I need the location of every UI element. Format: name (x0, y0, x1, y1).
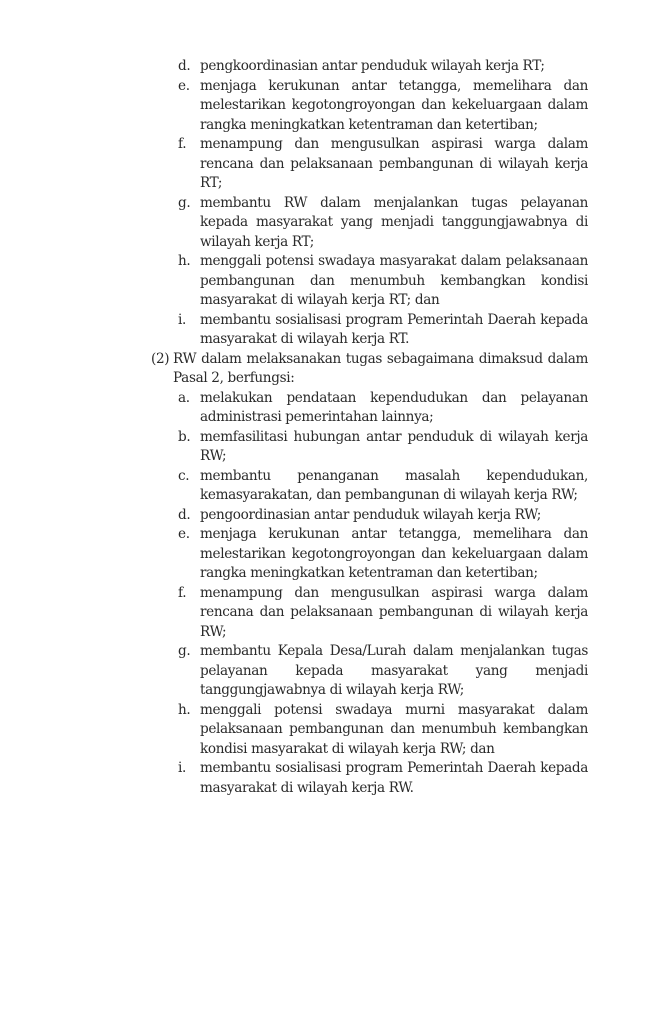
list-label: e. (178, 525, 200, 545)
paragraph-text: RW dalam melaksanakan tugas sebagaimana … (173, 351, 588, 387)
list-text: menampung dan mengusulkan aspirasi warga… (200, 585, 588, 640)
list-text: menjaga kerukunan antar tetangga, memeli… (200, 526, 588, 581)
list-text: membantu Kepala Desa/Lurah dalam menjala… (200, 643, 588, 698)
list-item-rt-e: e. menjaga kerukunan antar tetangga, mem… (200, 77, 588, 136)
list-item-rt-f: f. menampung dan mengusulkan aspirasi wa… (200, 135, 588, 194)
list-item-rt-i: i. membantu sosialisasi program Pemerint… (200, 311, 588, 350)
paragraph-number: (2) (151, 350, 169, 370)
list-text: membantu penanganan masalah kependudukan… (200, 468, 588, 504)
list-label: a. (178, 389, 200, 409)
paragraph-2: (2) RW dalam melaksanakan tugas sebagaim… (173, 350, 588, 389)
list-text: menggali potensi swadaya masyarakat dala… (200, 253, 588, 308)
list-text: menampung dan mengusulkan aspirasi warga… (200, 136, 588, 191)
list-item-rw-a: a. melakukan pendataan kependudukan dan … (200, 389, 588, 428)
list-item-rw-i: i. membantu sosialisasi program Pemerint… (200, 759, 588, 798)
list-label: h. (178, 701, 200, 721)
list-item-rw-b: b. memfasilitasi hubungan antar penduduk… (200, 428, 588, 467)
list-item-rw-d: d. pengoordinasian antar penduduk wilaya… (200, 506, 588, 526)
list-item-rw-h: h. menggali potensi swadaya murni masyar… (200, 701, 588, 760)
list-label: e. (178, 77, 200, 97)
rt-function-list: d. pengkoordinasian antar penduduk wilay… (0, 57, 655, 350)
list-text: membantu RW dalam menjalankan tugas pela… (200, 195, 588, 250)
list-label: i. (178, 311, 200, 331)
list-item-rw-c: c. membantu penanganan masalah kependudu… (200, 467, 588, 506)
list-label: c. (178, 467, 200, 487)
list-label: i. (178, 759, 200, 779)
list-item-rt-d: d. pengkoordinasian antar penduduk wilay… (200, 57, 588, 77)
document-page: d. pengkoordinasian antar penduduk wilay… (0, 57, 655, 798)
list-label: f. (178, 584, 200, 604)
list-label: f. (178, 135, 200, 155)
list-label: g. (178, 642, 200, 662)
list-label: d. (178, 57, 200, 77)
list-item-rw-g: g. membantu Kepala Desa/Lurah dalam menj… (200, 642, 588, 701)
list-item-rt-h: h. menggali potensi swadaya masyarakat d… (200, 252, 588, 311)
list-label: b. (178, 428, 200, 448)
list-label: g. (178, 194, 200, 214)
list-text: melakukan pendataan kependudukan dan pel… (200, 390, 588, 426)
list-label: h. (178, 252, 200, 272)
list-text: menjaga kerukunan antar tetangga, memeli… (200, 78, 588, 133)
rw-function-list: a. melakukan pendataan kependudukan dan … (0, 389, 655, 799)
list-text: membantu sosialisasi program Pemerintah … (200, 760, 588, 796)
list-item-rt-g: g. membantu RW dalam menjalankan tugas p… (200, 194, 588, 253)
list-item-rw-f: f. menampung dan mengusulkan aspirasi wa… (200, 584, 588, 643)
list-label: d. (178, 506, 200, 526)
list-text: menggali potensi swadaya murni masyaraka… (200, 702, 588, 757)
list-text: memfasilitasi hubungan antar penduduk di… (200, 429, 588, 465)
list-text: pengoordinasian antar penduduk wilayah k… (200, 507, 541, 523)
list-text: membantu sosialisasi program Pemerintah … (200, 312, 588, 348)
list-item-rw-e: e. menjaga kerukunan antar tetangga, mem… (200, 525, 588, 584)
list-text: pengkoordinasian antar penduduk wilayah … (200, 58, 545, 74)
